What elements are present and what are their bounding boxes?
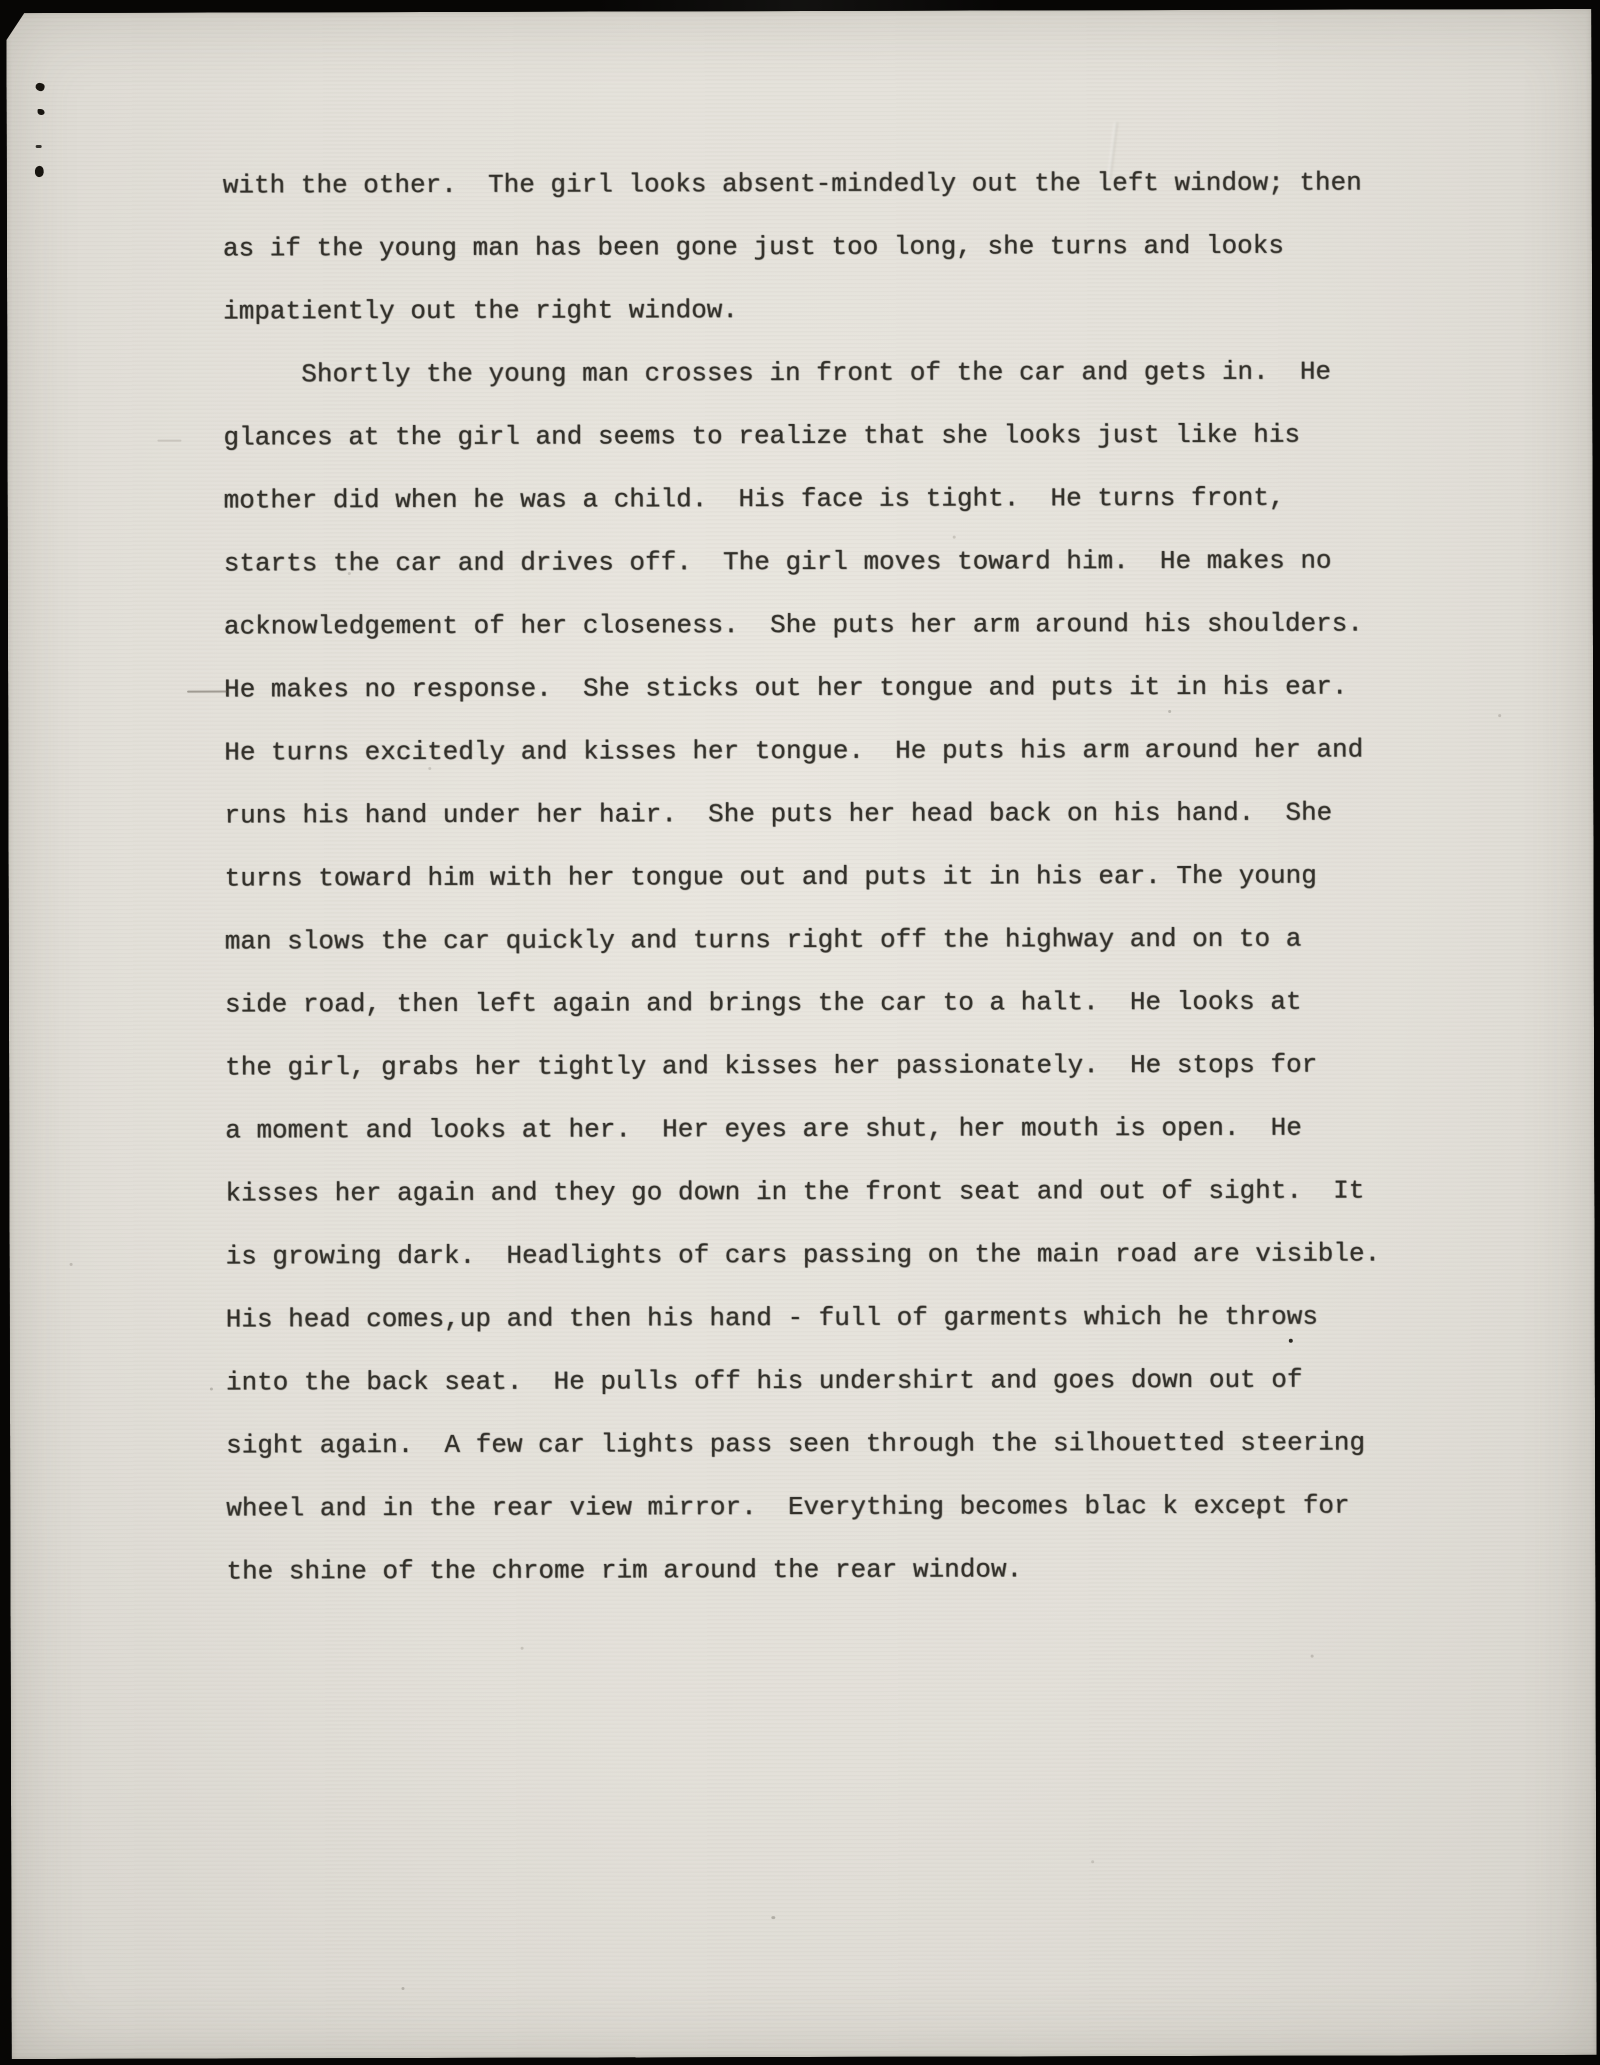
dust-speck (559, 182, 562, 185)
typewritten-line: Shortly the young man crosses in front o… (223, 340, 1453, 406)
dust-speck (1091, 1860, 1094, 1863)
typewritten-line: as if the young man has been gone just t… (223, 214, 1453, 280)
typewritten-line: the shine of the chrome rim around the r… (226, 1537, 1456, 1603)
typewritten-line: man slows the car quickly and turns righ… (225, 907, 1455, 973)
dust-speck (210, 1388, 213, 1391)
typewritten-line: with the other. The girl looks absent-mi… (223, 151, 1453, 217)
typewritten-line: is growing dark. Headlights of cars pass… (225, 1222, 1455, 1288)
dust-speck (1168, 710, 1171, 713)
dust-speck (348, 572, 351, 575)
typewritten-line: wheel and in the rear view mirror. Every… (226, 1474, 1456, 1540)
stray-typed-dot (1289, 1339, 1293, 1343)
ink-speck (36, 145, 42, 148)
dust-speck (428, 767, 431, 770)
typewritten-line: side road, then left again and brings th… (225, 970, 1455, 1036)
dust-speck (1311, 1655, 1314, 1658)
typewritten-line: He turns excitedly and kisses her tongue… (224, 718, 1454, 784)
typewritten-line: glances at the girl and seems to realize… (223, 403, 1453, 469)
typewritten-line: sight again. A few car lights pass seen … (226, 1411, 1456, 1477)
ink-speck (38, 109, 45, 115)
typewritten-line: runs his hand under her hair. She puts h… (224, 781, 1454, 847)
ink-speck (35, 82, 46, 92)
typewritten-line: turns toward him with her tongue out and… (225, 844, 1455, 910)
typewritten-line: He makes no response. She sticks out her… (224, 655, 1454, 721)
dust-speck (953, 536, 956, 539)
paper-sheet: with the other. The girl looks absent-mi… (6, 9, 1596, 2059)
scan-background: { "colors": { "scanner_background": "#06… (0, 0, 1600, 2065)
ink-speck (34, 165, 45, 178)
dust-speck (70, 1263, 73, 1266)
margin-pencil-dash (157, 440, 181, 442)
margin-pencil-dash (187, 691, 227, 693)
typewritten-line: kisses her again and they go down in the… (225, 1159, 1455, 1225)
typewritten-line: acknowledgement of her closeness. She pu… (224, 592, 1454, 658)
typewritten-line: starts the car and drives off. The girl … (224, 529, 1454, 595)
dust-speck (1498, 714, 1501, 717)
dust-speck (401, 1987, 404, 1990)
dust-speck (521, 1647, 524, 1650)
typewritten-text: with the other. The girl looks absent-mi… (223, 151, 1457, 1603)
typewritten-line: impatiently out the right window. (223, 277, 1453, 343)
dust-speck (771, 1916, 775, 1919)
typewritten-line: into the back seat. He pulls off his und… (226, 1348, 1456, 1414)
typewritten-line: mother did when he was a child. His face… (224, 466, 1454, 532)
typewritten-line: His head comes,up and then his hand - fu… (226, 1285, 1456, 1351)
typewritten-line: the girl, grabs her tightly and kisses h… (225, 1033, 1455, 1099)
typewritten-line: a moment and looks at her. Her eyes are … (225, 1096, 1455, 1162)
